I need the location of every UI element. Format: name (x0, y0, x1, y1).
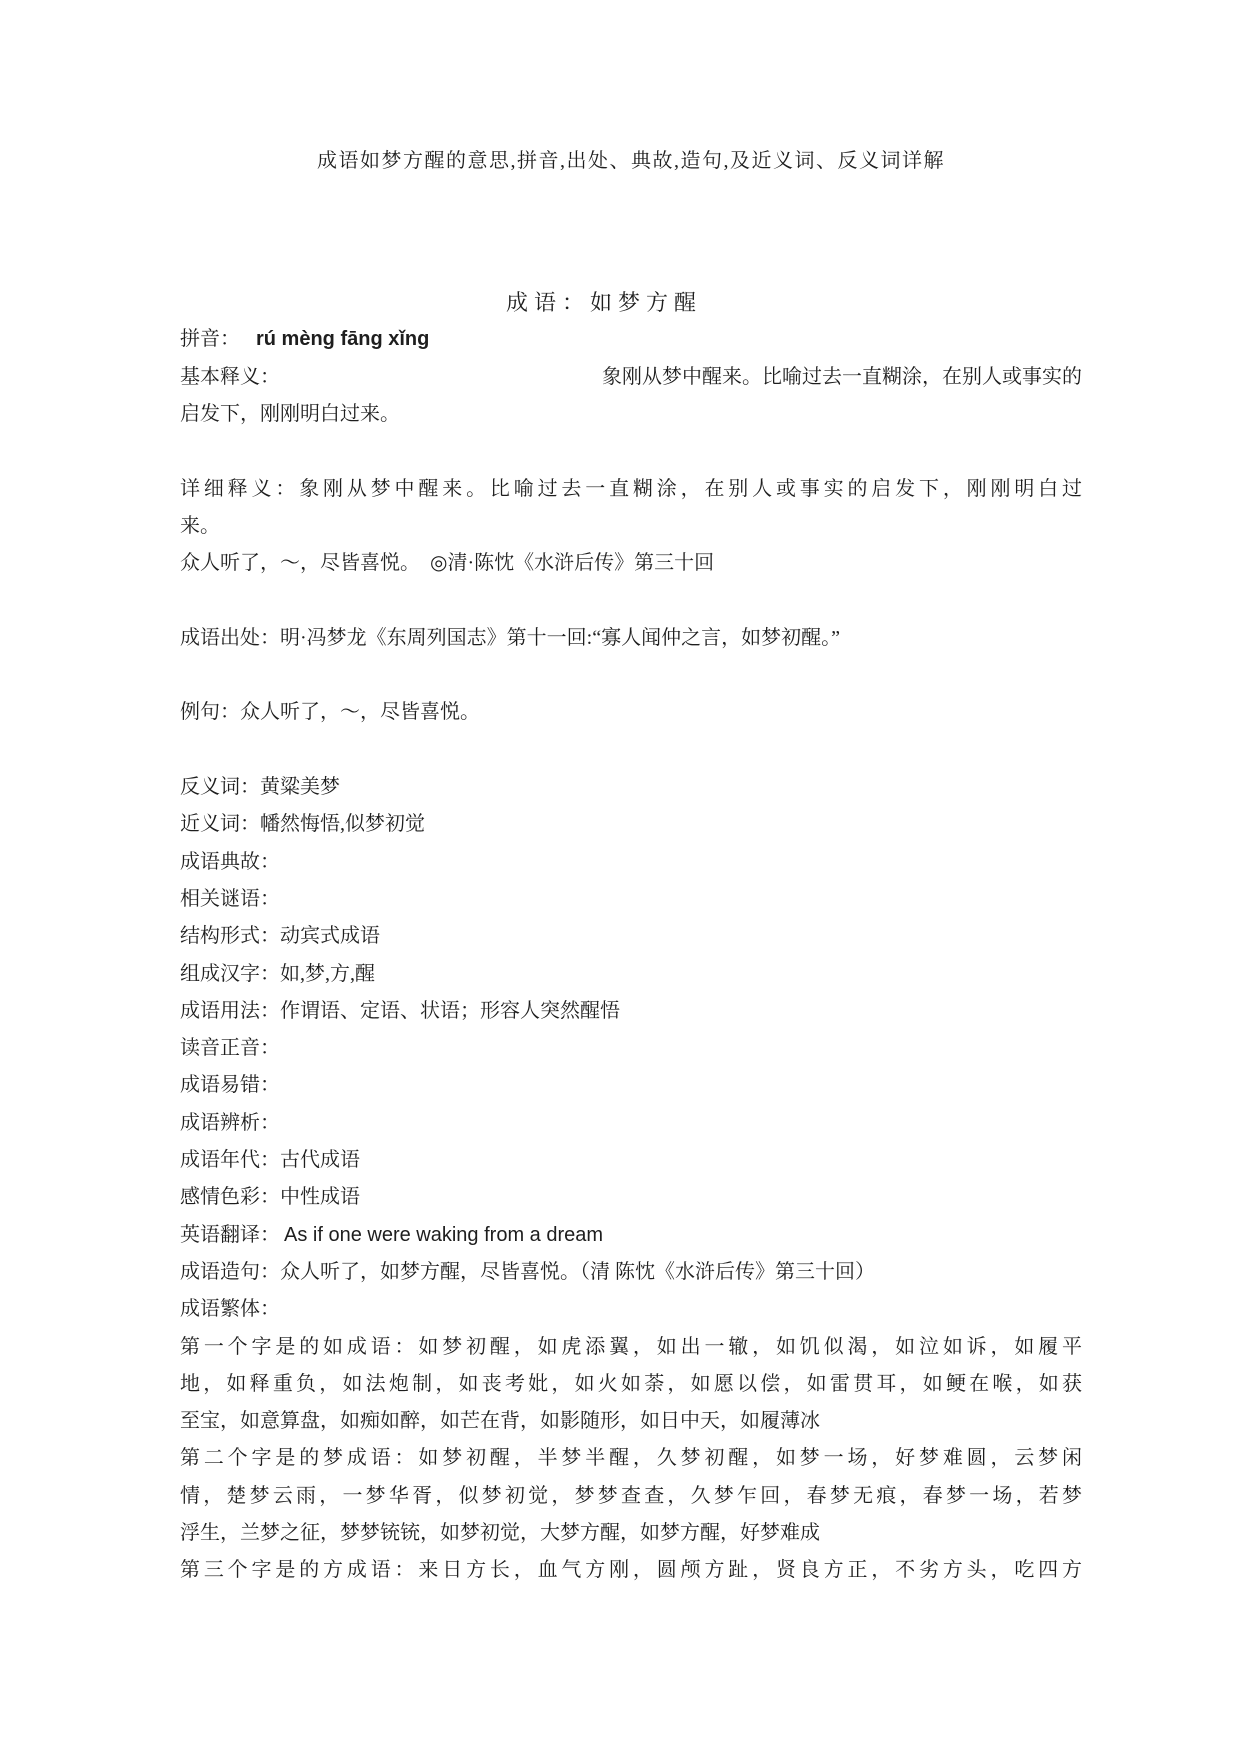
example-label: 例句： (180, 701, 240, 723)
error-prone-label: 成语易错： (180, 1074, 280, 1096)
example-sentence-text: 众人听了，如梦方醒，尽皆喜悦。（清 陈忱《水浒后传》第三十回） (280, 1261, 875, 1283)
basic-definition-text: 象刚从梦中醒来。比喻过去一直糊涂，在别人或事实的 (602, 359, 1082, 396)
era-label: 成语年代： (180, 1149, 280, 1171)
field-structure: 结构形式：动宾式成语 (180, 918, 1082, 955)
synonyms-label: 近义词： (180, 813, 260, 835)
field-era: 成语年代：古代成语 (180, 1142, 1082, 1179)
structure-text: 动宾式成语 (280, 925, 380, 947)
source-text: 明·冯梦龙《东周列国志》第十一回:“寡人闻仲之言，如梦初醒。” (280, 627, 840, 649)
example-text: 众人听了，～，尽皆喜悦。 (240, 701, 480, 723)
era-text: 古代成语 (280, 1149, 360, 1171)
field-riddles: 相关谜语： (180, 881, 1082, 918)
field-source: 成语出处：明·冯梦龙《东周列国志》第十一回:“寡人闻仲之言，如梦初醒。” (180, 620, 1082, 657)
antonyms-label: 反义词： (180, 776, 260, 798)
document-page: 成语如梦方醒的意思,拼音,出处、典故,造句,及近义词、反义词详解 成语：如梦方醒… (0, 0, 1240, 1753)
antonyms-text: 黄粱美梦 (260, 776, 340, 798)
emotional-color-label: 感情色彩： (180, 1186, 280, 1208)
blank-line (180, 433, 1082, 470)
field-basic-definition: 基本释义：象刚从梦中醒来。比喻过去一直糊涂，在别人或事实的 (180, 359, 1082, 396)
source-label: 成语出处： (180, 627, 280, 649)
usage-label: 成语用法： (180, 1000, 280, 1022)
field-correct-pronunciation: 读音正音： (180, 1030, 1082, 1067)
field-usage: 成语用法：作谓语、定语、状语；形容人突然醒悟 (180, 993, 1082, 1030)
field-synonyms: 近义词：幡然悔悟,似梦初觉 (180, 806, 1082, 843)
basic-definition-continuation: 启发下，刚刚明白过来。 (180, 396, 1082, 433)
detailed-definition-label: 详细释义： (180, 478, 299, 500)
page-title: 成语如梦方醒的意思,拼音,出处、典故,造句,及近义词、反义词详解 (180, 143, 1082, 180)
english-translation-text: As if one were waking from a dream (284, 1224, 603, 1246)
field-discrimination: 成语辨析： (180, 1105, 1082, 1142)
pinyin-value: rú mèng fāng xǐng (256, 328, 429, 350)
field-detailed-definition: 详细释义：象刚从梦中醒来。比喻过去一直糊涂，在别人或事实的启发下，刚刚明白过 (180, 471, 1082, 508)
detailed-definition-continuation: 来。 (180, 508, 1082, 545)
field-first-char-idioms: 第一个字是的如成语：如梦初醒，如虎添翼，如出一辙，如饥似渴，如泣如诉，如履平 (180, 1329, 1082, 1366)
pinyin-label: 拼音： (180, 328, 240, 350)
field-example: 例句：众人听了，～，尽皆喜悦。 (180, 694, 1082, 731)
characters-label: 组成汉字： (180, 963, 280, 985)
characters-text: 如,梦,方,醒 (280, 963, 375, 985)
first-char-idioms-line2: 地，如释重负，如法炮制，如丧考妣，如火如荼，如愿以偿，如雷贯耳，如鲠在喉，如获 (180, 1366, 1082, 1403)
synonyms-text: 幡然悔悟,似梦初觉 (260, 813, 425, 835)
field-english-translation: 英语翻译：As if one were waking from a dream (180, 1217, 1082, 1254)
discrimination-label: 成语辨析： (180, 1112, 280, 1134)
blank-line (180, 657, 1082, 694)
field-emotional-color: 感情色彩：中性成语 (180, 1179, 1082, 1216)
traditional-label: 成语繁体： (180, 1298, 280, 1320)
second-char-idioms-line3: 浮生，兰梦之征，梦梦铳铳，如梦初觉，大梦方醒，如梦方醒，好梦难成 (180, 1515, 1082, 1552)
basic-definition-label: 基本释义： (180, 359, 280, 396)
example-sentence-label: 成语造句： (180, 1261, 280, 1283)
field-characters: 组成汉字：如,梦,方,醒 (180, 956, 1082, 993)
first-char-idioms-line3: 至宝，如意算盘，如痴如醉，如芒在背，如影随形，如日中天，如履薄冰 (180, 1403, 1082, 1440)
field-second-char-idioms: 第二个字是的梦成语：如梦初醒，半梦半醒，久梦初醒，如梦一场，好梦难圆，云梦闲 (180, 1440, 1082, 1477)
detailed-definition-example: 众人听了，～，尽皆喜悦。 ◎清·陈忱《水浒后传》第三十回 (180, 545, 1082, 582)
first-char-idioms-label: 第一个字是的如成语： (180, 1336, 418, 1358)
third-char-idioms-text: 来日方长，血气方刚，圆颅方趾，贤良方正，不劣方头，吃四方 (418, 1559, 1082, 1581)
correct-pronunciation-label: 读音正音： (180, 1037, 280, 1059)
blank-line (180, 583, 1082, 620)
idiom-heading: 成语：如梦方醒 (180, 284, 1082, 321)
second-char-idioms-text: 如梦初醒，半梦半醒，久梦初醒，如梦一场，好梦难圆，云梦闲 (418, 1447, 1082, 1469)
third-char-idioms-label: 第三个字是的方成语： (180, 1559, 418, 1581)
field-allusion: 成语典故： (180, 844, 1082, 881)
field-error-prone: 成语易错： (180, 1067, 1082, 1104)
second-char-idioms-line2: 情，楚梦云雨，一梦华胥，似梦初觉，梦梦查查，久梦乍回，春梦无痕，春梦一场，若梦 (180, 1478, 1082, 1515)
first-char-idioms-text: 如梦初醒，如虎添翼，如出一辙，如饥似渴，如泣如诉，如履平 (418, 1336, 1082, 1358)
field-third-char-idioms: 第三个字是的方成语：来日方长，血气方刚，圆颅方趾，贤良方正，不劣方头，吃四方 (180, 1552, 1082, 1589)
field-antonyms: 反义词：黄粱美梦 (180, 769, 1082, 806)
riddles-label: 相关谜语： (180, 888, 280, 910)
english-translation-label: 英语翻译： (180, 1224, 280, 1246)
detailed-definition-text: 象刚从梦中醒来。比喻过去一直糊涂，在别人或事实的启发下，刚刚明白过 (299, 478, 1082, 500)
allusion-label: 成语典故： (180, 851, 280, 873)
second-char-idioms-label: 第二个字是的梦成语： (180, 1447, 418, 1469)
field-traditional: 成语繁体： (180, 1291, 1082, 1328)
emotional-color-text: 中性成语 (280, 1186, 360, 1208)
blank-line (180, 247, 1082, 284)
field-example-sentence: 成语造句：众人听了，如梦方醒，尽皆喜悦。（清 陈忱《水浒后传》第三十回） (180, 1254, 1082, 1291)
structure-label: 结构形式： (180, 925, 280, 947)
blank-line (180, 210, 1082, 247)
usage-text: 作谓语、定语、状语；形容人突然醒悟 (280, 1000, 620, 1022)
blank-line (180, 732, 1082, 769)
document-body: 成语如梦方醒的意思,拼音,出处、典故,造句,及近义词、反义词详解 成语：如梦方醒… (180, 135, 1082, 1590)
field-pinyin: 拼音：rú mèng fāng xǐng (180, 321, 1082, 358)
